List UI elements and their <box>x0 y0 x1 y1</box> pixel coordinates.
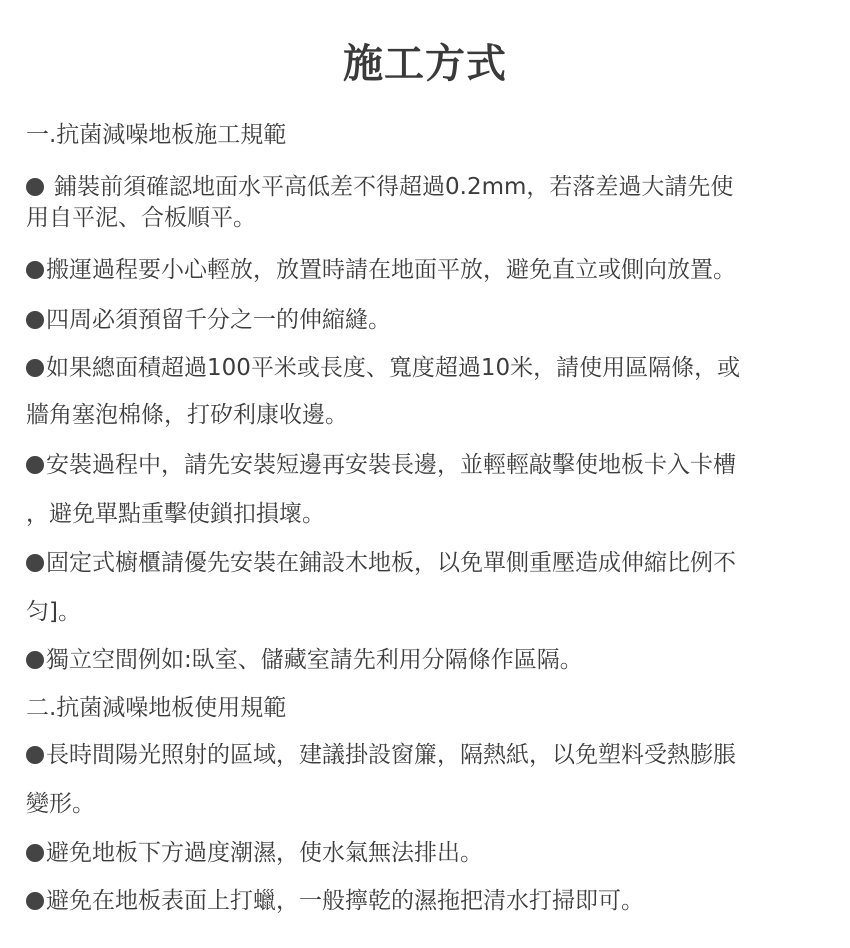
bullet-icon <box>26 844 44 862</box>
list-item: 固定式櫥櫃請優先安裝在鋪設木地板，以免單側重壓造成伸縮比例不 <box>26 548 736 578</box>
bullet-icon <box>26 261 44 279</box>
list-item-continuation: ，避免單點重擊使鎖扣損壞。 <box>26 499 325 529</box>
list-item-continuation: 匀]。 <box>26 597 81 627</box>
section-2-heading: 二.抗菌減噪地板使用規範 <box>26 693 286 723</box>
bullet-icon <box>26 311 44 329</box>
bullet-icon <box>26 178 44 196</box>
bullet-icon <box>26 746 44 764</box>
list-item-continuation: 變形。 <box>26 789 95 819</box>
list-item: 搬運過程要小心輕放，放置時請在地面平放，避免直立或側向放置。 <box>26 255 736 285</box>
list-item: 獨立空間例如:臥室、儲藏室請先利用分隔條作區隔。 <box>26 645 583 675</box>
list-item: 安裝過程中，請先安裝短邊再安裝長邊，並輕輕敲擊使地板卡入卡槽 <box>26 450 736 480</box>
bullet-icon <box>26 554 44 572</box>
list-item: 避免在地板表面上打蠟，一般擰乾的濕拖把清水打掃即可。 <box>26 886 644 916</box>
list-item-continuation: 用自平泥、合板順平。 <box>26 203 256 233</box>
list-item: 長時間陽光照射的區域，建議掛設窗簾，隔熱紙，以免塑料受熱膨脹 <box>26 740 736 770</box>
section-1-heading: 一.抗菌減噪地板施工規範 <box>26 120 286 150</box>
list-item: 避免地板下方過度潮濕，使水氣無法排出。 <box>26 838 483 868</box>
list-item: 四周必須預留千分之一的伸縮縫。 <box>26 305 391 335</box>
list-item-continuation: 牆角塞泡棉條，打矽利康收邊。 <box>26 400 348 430</box>
bullet-icon <box>26 892 44 910</box>
bullet-icon <box>26 456 44 474</box>
list-item: 如果總面積超過100平米或長度、寬度超過10米，請使用區隔條，或 <box>26 353 740 383</box>
bullet-icon <box>26 359 44 377</box>
page-title: 施工方式 <box>0 32 850 89</box>
bullet-icon <box>26 651 44 669</box>
list-item: 鋪裝前須確認地面水平高低差不得超過0.2mm，若落差過大請先使 <box>26 172 733 202</box>
